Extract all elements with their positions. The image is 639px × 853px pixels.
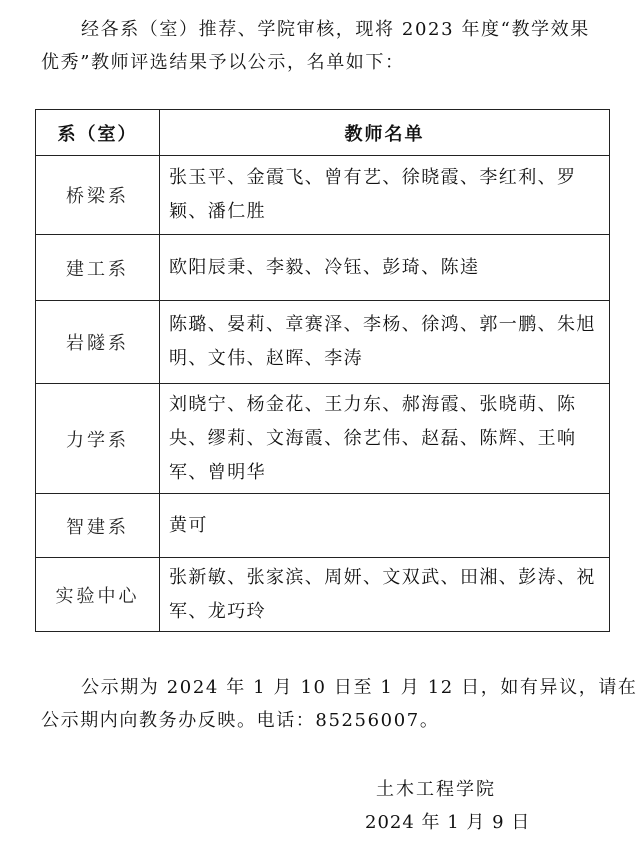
table-header-row: 系（室） 教师名单 bbox=[36, 110, 610, 156]
signature-date: 2024 年 1 月 9 日 bbox=[365, 808, 530, 834]
department-cell: 实验中心 bbox=[36, 558, 160, 632]
department-cell: 力学系 bbox=[36, 384, 160, 494]
teacher-list-table: 系（室） 教师名单 桥梁系 张玉平、金霞飞、曾有艺、徐晓霞、李红利、罗颖、潘仁胜… bbox=[35, 109, 610, 632]
teacher-names-cell: 陈璐、晏莉、章赛泽、李杨、徐鸿、郭一鹏、朱旭明、文伟、赵晖、李涛 bbox=[160, 301, 610, 384]
department-cell: 建工系 bbox=[36, 235, 160, 301]
header-department: 系（室） bbox=[36, 110, 160, 156]
teacher-names-cell: 刘晓宁、杨金花、王力东、郝海霞、张晓萌、陈央、缪莉、文海霞、徐艺伟、赵磊、陈辉、… bbox=[160, 384, 610, 494]
notice-line-2: 公示期内向教务办反映。电话：85256007。 bbox=[41, 704, 607, 737]
table-row: 智建系 黄可 bbox=[36, 494, 610, 558]
teacher-names-cell: 张玉平、金霞飞、曾有艺、徐晓霞、李红利、罗颖、潘仁胜 bbox=[160, 156, 610, 235]
intro-paragraph: 经各系（室）推荐、学院审核，现将 2023 年度“教学效果 优秀”教师评选结果予… bbox=[41, 13, 607, 79]
department-cell: 智建系 bbox=[36, 494, 160, 558]
teacher-names-cell: 黄可 bbox=[160, 494, 610, 558]
header-teacher-names: 教师名单 bbox=[160, 110, 610, 156]
table-row: 桥梁系 张玉平、金霞飞、曾有艺、徐晓霞、李红利、罗颖、潘仁胜 bbox=[36, 156, 610, 235]
notice-line-1: 公示期为 2024 年 1 月 10 日至 1 月 12 日，如有异议，请在 bbox=[41, 671, 607, 704]
signature-organization: 土木工程学院 bbox=[376, 775, 496, 801]
teacher-names-cell: 张新敏、张家滨、周妍、文双武、田湘、彭涛、祝军、龙巧玲 bbox=[160, 558, 610, 632]
table-row: 岩隧系 陈璐、晏莉、章赛泽、李杨、徐鸿、郭一鹏、朱旭明、文伟、赵晖、李涛 bbox=[36, 301, 610, 384]
intro-line-2: 优秀”教师评选结果予以公示，名单如下： bbox=[41, 46, 607, 79]
table-row: 建工系 欧阳辰秉、李毅、冷钰、彭琦、陈逵 bbox=[36, 235, 610, 301]
notice-paragraph: 公示期为 2024 年 1 月 10 日至 1 月 12 日，如有异议，请在 公… bbox=[41, 671, 607, 737]
intro-line-1: 经各系（室）推荐、学院审核，现将 2023 年度“教学效果 bbox=[41, 13, 607, 46]
department-cell: 桥梁系 bbox=[36, 156, 160, 235]
table-row: 力学系 刘晓宁、杨金花、王力东、郝海霞、张晓萌、陈央、缪莉、文海霞、徐艺伟、赵磊… bbox=[36, 384, 610, 494]
teacher-names-cell: 欧阳辰秉、李毅、冷钰、彭琦、陈逵 bbox=[160, 235, 610, 301]
department-cell: 岩隧系 bbox=[36, 301, 160, 384]
table-row: 实验中心 张新敏、张家滨、周妍、文双武、田湘、彭涛、祝军、龙巧玲 bbox=[36, 558, 610, 632]
